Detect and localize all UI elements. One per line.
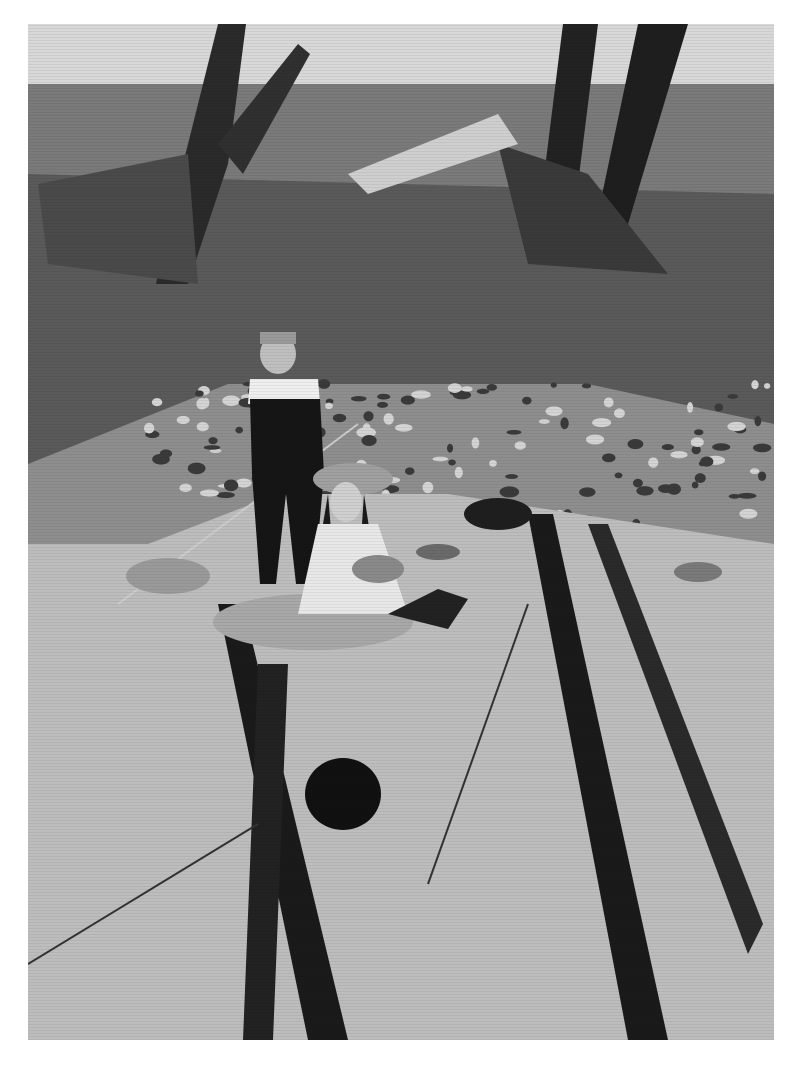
pebble	[222, 395, 240, 405]
pebble	[216, 492, 235, 498]
pebble	[487, 384, 498, 391]
pebble	[152, 398, 163, 406]
pebble	[727, 422, 745, 431]
pebble	[448, 460, 456, 466]
pebble	[160, 449, 172, 457]
pebble	[318, 379, 330, 389]
pebble	[448, 383, 462, 393]
pebble	[579, 487, 595, 497]
girl-face	[330, 482, 362, 522]
pebble	[586, 435, 604, 445]
pebble	[188, 463, 206, 475]
pebble	[401, 396, 415, 405]
pebble	[751, 380, 758, 389]
pebble	[633, 479, 643, 488]
pebble	[235, 427, 243, 434]
pebble	[658, 484, 674, 493]
pebble	[764, 383, 770, 389]
stepping-stone	[674, 562, 722, 582]
stepping-stone	[416, 544, 460, 560]
pebble	[592, 418, 611, 427]
pebble	[700, 457, 713, 467]
girl-basket	[352, 555, 404, 583]
pebble	[727, 394, 738, 399]
pebble	[614, 408, 625, 418]
pebble	[507, 430, 522, 435]
pebble	[739, 509, 757, 519]
pebble	[551, 382, 557, 387]
pebble	[670, 451, 687, 458]
pebble	[325, 403, 333, 409]
pebble	[662, 444, 674, 450]
pebble	[489, 460, 497, 467]
pebble	[712, 443, 730, 451]
pebble	[224, 479, 238, 491]
pebble	[500, 486, 520, 497]
boy-cap	[260, 332, 296, 344]
pebble	[615, 473, 623, 479]
pebble	[363, 411, 373, 421]
pebble	[377, 402, 388, 408]
pebble	[477, 389, 489, 394]
pebble	[582, 383, 591, 388]
pebble	[694, 429, 703, 435]
pebble	[714, 403, 723, 411]
pebble	[433, 457, 448, 462]
stepping-stone-small	[126, 558, 210, 594]
hat-reflection	[305, 758, 381, 830]
pebble	[144, 423, 154, 434]
pebble	[423, 482, 434, 493]
pebble	[204, 445, 221, 450]
pebble	[522, 397, 532, 405]
pebble	[758, 472, 766, 481]
pebble	[505, 474, 518, 479]
pebble	[754, 416, 761, 426]
pebble	[177, 416, 190, 424]
pebble	[351, 396, 367, 401]
pebble	[395, 424, 412, 432]
pebble	[648, 457, 658, 467]
pebble	[383, 413, 393, 424]
pebble	[333, 414, 346, 423]
photograph	[28, 24, 774, 1040]
pebble	[197, 422, 209, 431]
pebble	[539, 419, 550, 424]
pebble	[737, 493, 756, 499]
pebble	[636, 486, 653, 496]
pebble	[691, 437, 704, 447]
pebble	[628, 439, 644, 449]
pebble	[236, 478, 252, 487]
pebble	[455, 467, 463, 478]
pebble	[447, 444, 453, 453]
pebble	[377, 394, 390, 400]
pebble	[200, 489, 219, 496]
pebble	[203, 398, 209, 408]
pebble	[361, 435, 376, 446]
pebble	[695, 473, 706, 483]
pebble	[472, 437, 480, 448]
pebble	[560, 417, 568, 429]
pebble	[195, 390, 204, 396]
pebble	[461, 386, 472, 391]
pebble	[546, 406, 563, 416]
pebble	[179, 484, 191, 492]
pebble	[692, 482, 699, 489]
pebble	[515, 441, 526, 449]
pebble	[753, 444, 771, 453]
pebble	[750, 468, 759, 474]
pebble	[208, 437, 217, 444]
pebble	[411, 390, 431, 398]
pebble	[602, 453, 615, 462]
pebble	[687, 402, 693, 413]
stream-scene	[28, 24, 774, 1040]
pebble	[604, 397, 614, 407]
pebble	[405, 467, 415, 475]
dark-rock	[464, 498, 532, 530]
